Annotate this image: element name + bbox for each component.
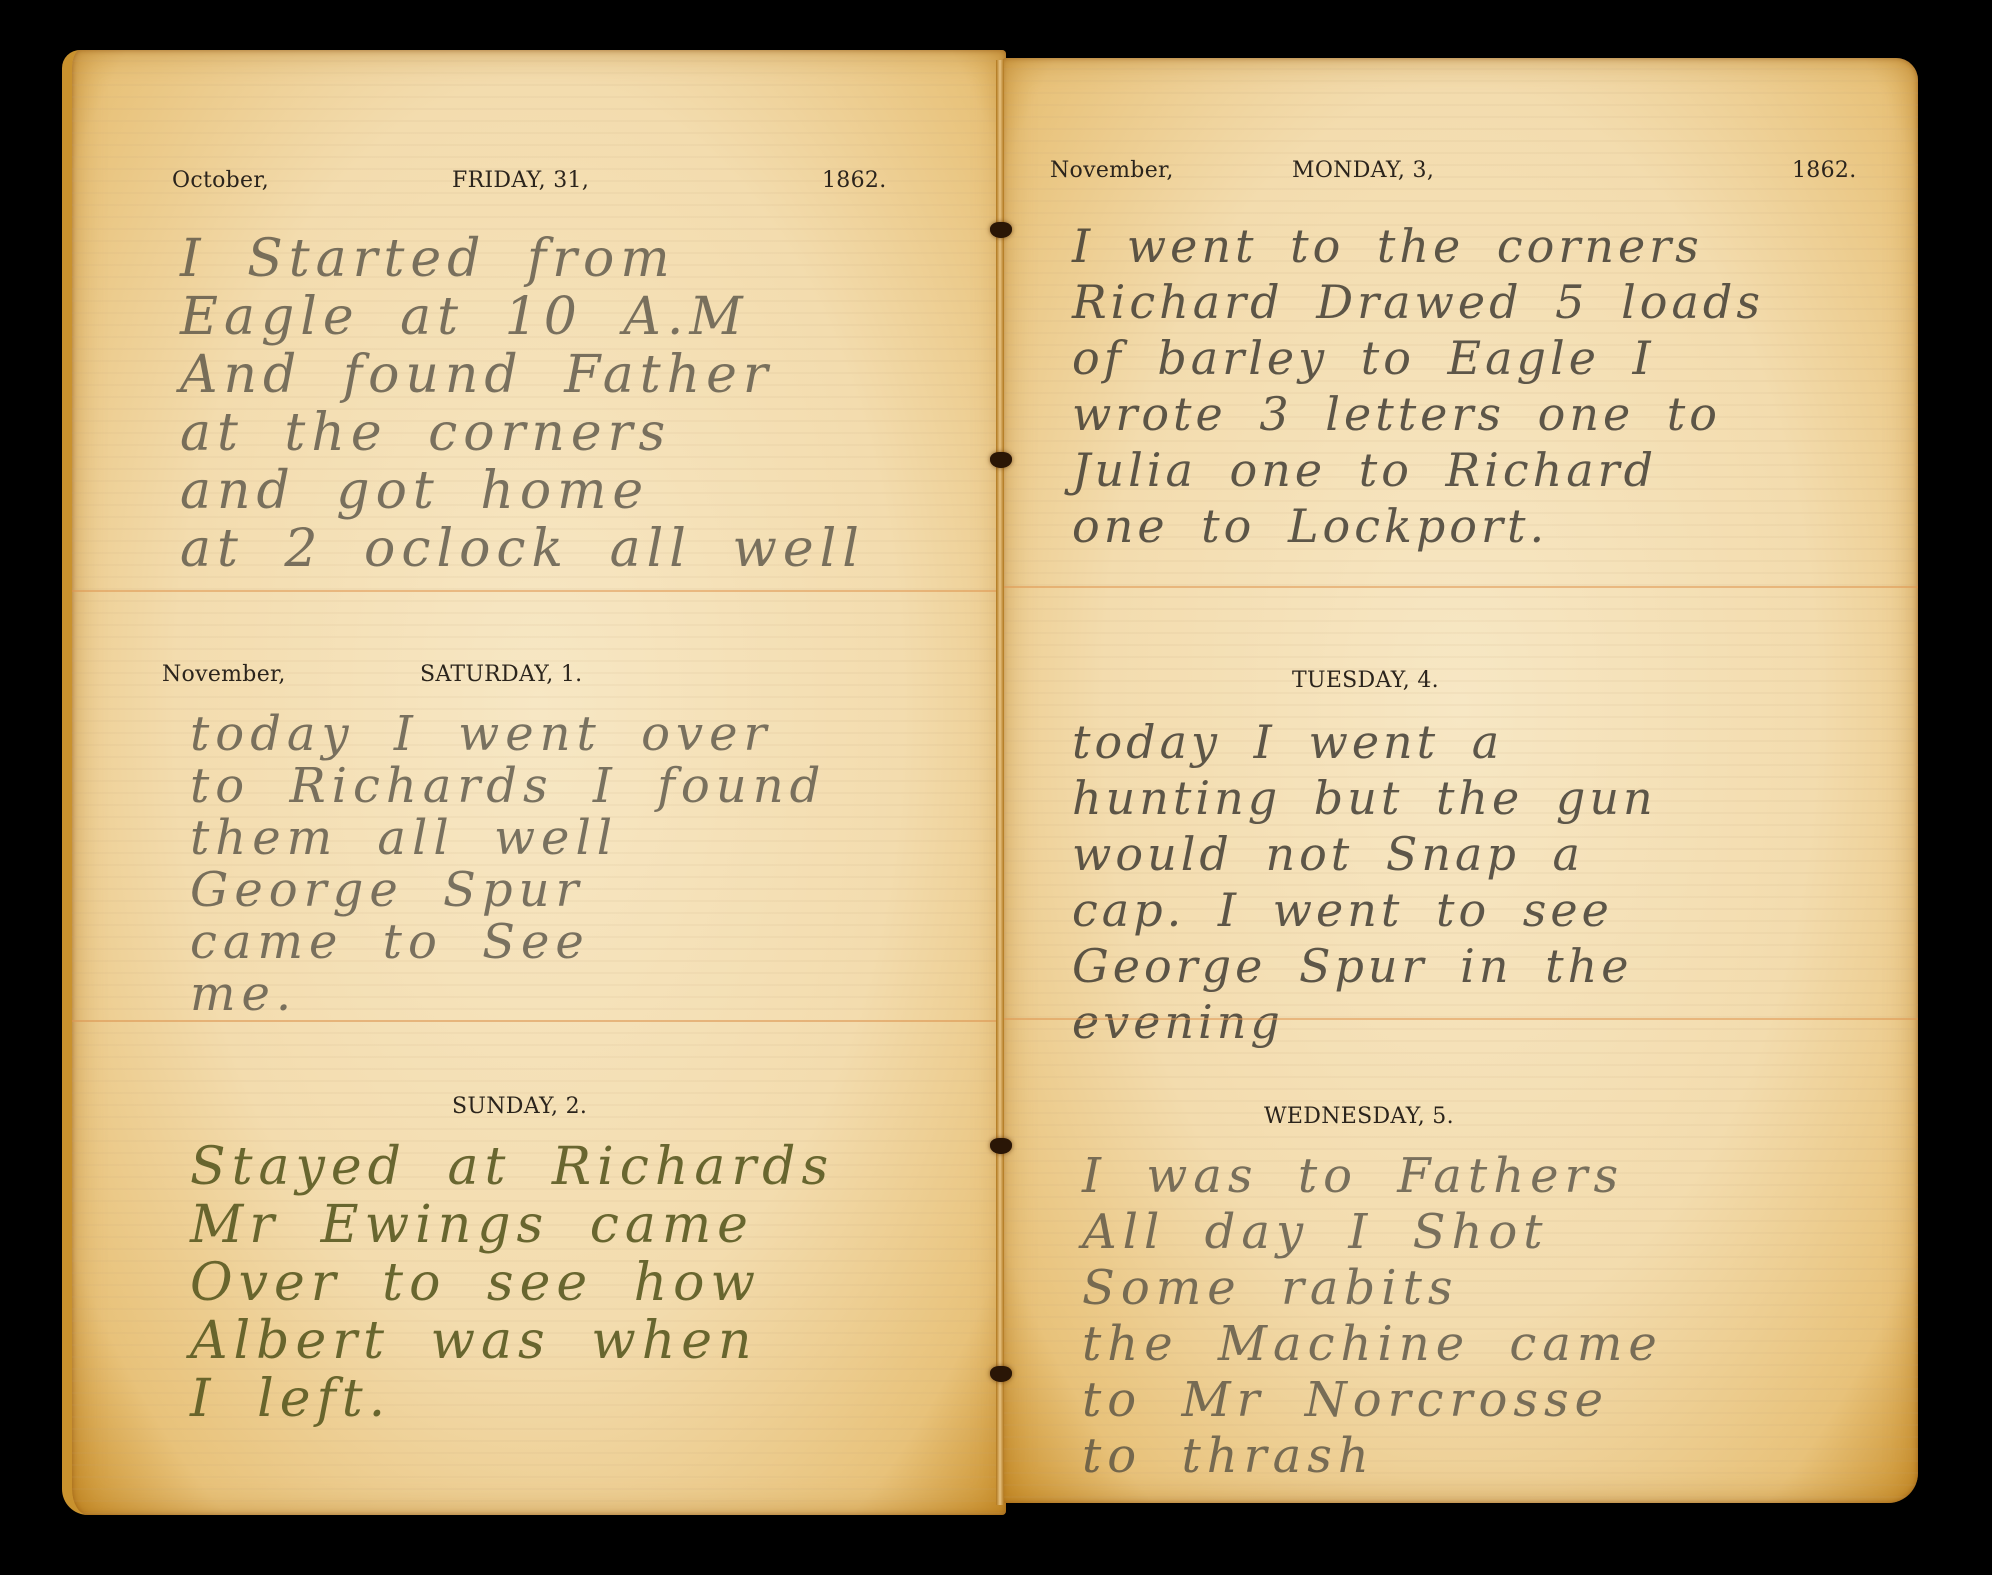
year-label: 1862. [822, 168, 886, 193]
book-gutter [996, 60, 1004, 1505]
month-label: October, [172, 168, 269, 193]
date-header: WEDNESDAY, 5. [1002, 1104, 1918, 1138]
date-header: SUNDAY, 2. [72, 1094, 1006, 1128]
binding-stitch-hole [990, 1138, 1012, 1154]
day-label: SUNDAY, 2. [452, 1094, 587, 1119]
handwritten-entry: I went to the corners Richard Drawed 5 l… [1072, 218, 1918, 554]
handwritten-entry: today I went over to Richards I found th… [190, 708, 1006, 1020]
left-page: October, FRIDAY, 31, 1862. I Started fro… [62, 50, 1006, 1515]
binding-stitch-hole [990, 452, 1012, 468]
diary-spread: October, FRIDAY, 31, 1862. I Started fro… [62, 50, 1918, 1515]
date-header: TUESDAY, 4. [1002, 668, 1918, 702]
entry-nov-3: November, MONDAY, 3, 1862. I went to the… [1002, 58, 1918, 586]
entry-nov-4: TUESDAY, 4. today I went a hunting but t… [1002, 586, 1918, 1020]
handwritten-entry: Stayed at Richards Mr Ewings came Over t… [190, 1138, 1006, 1428]
entry-nov-2: SUNDAY, 2. Stayed at Richards Mr Ewings … [72, 1020, 1006, 1515]
right-page: November, MONDAY, 3, 1862. I went to the… [1002, 58, 1918, 1503]
day-label: FRIDAY, 31, [452, 168, 589, 193]
binding-stitch-hole [990, 222, 1012, 238]
day-label: TUESDAY, 4. [1292, 668, 1439, 693]
date-header: October, FRIDAY, 31, 1862. [72, 168, 1006, 202]
month-label: November, [1050, 158, 1174, 183]
year-label: 1862. [1792, 158, 1856, 183]
handwritten-entry: today I went a hunting but the gun would… [1072, 714, 1918, 1050]
date-header: November, MONDAY, 3, 1862. [1002, 158, 1918, 192]
handwritten-entry: I Started from Eagle at 10 A.M And found… [180, 230, 1006, 578]
binding-stitch-hole [990, 1366, 1012, 1382]
entry-oct-31: October, FRIDAY, 31, 1862. I Started fro… [72, 50, 1006, 590]
day-label: MONDAY, 3, [1292, 158, 1434, 183]
day-label: WEDNESDAY, 5. [1264, 1104, 1454, 1129]
entry-nov-1: November, SATURDAY, 1. today I went over… [72, 590, 1006, 1022]
entry-nov-5: WEDNESDAY, 5. I was to Fathers All day I… [1002, 1018, 1918, 1503]
month-label: November, [162, 662, 286, 687]
day-label: SATURDAY, 1. [420, 662, 582, 687]
date-header: November, SATURDAY, 1. [72, 662, 1006, 696]
handwritten-entry: I was to Fathers All day I Shot Some rab… [1082, 1148, 1918, 1484]
